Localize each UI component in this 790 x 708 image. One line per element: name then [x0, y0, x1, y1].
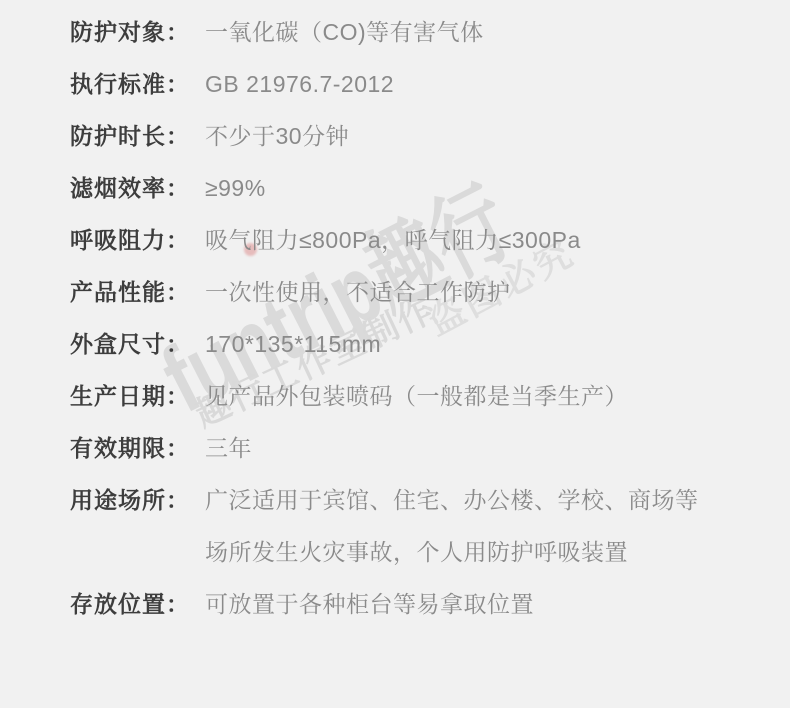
spec-row: 有效期限：三年 — [70, 422, 720, 474]
spec-row: 存放位置：可放置于各种柜台等易拿取位置 — [70, 578, 720, 630]
spec-value: 一次性使用，不适合工作防护 — [205, 266, 720, 318]
spec-value: 三年 — [205, 422, 720, 474]
spec-value: 广泛适用于宾馆、住宅、办公楼、学校、商场等 场所发生火灾事故，个人用防护呼吸装置 — [205, 474, 720, 578]
spec-row: 防护对象：一氧化碳（CO)等有害气体 — [70, 6, 720, 58]
spec-value: 一氧化碳（CO)等有害气体 — [205, 6, 720, 58]
spec-label: 产品性能： — [70, 266, 205, 318]
spec-label: 防护对象： — [70, 6, 205, 58]
spec-label: 外盒尺寸： — [70, 318, 205, 370]
spec-value: 170*135*115mm — [205, 318, 720, 370]
spec-label: 存放位置： — [70, 578, 205, 630]
spec-row: 滤烟效率：≥99% — [70, 162, 720, 214]
spec-label: 生产日期： — [70, 370, 205, 422]
spec-value: 不少于30分钟 — [205, 110, 720, 162]
spec-value: 可放置于各种柜台等易拿取位置 — [205, 578, 720, 630]
spec-label: 用途场所： — [70, 474, 205, 526]
spec-row: 外盒尺寸：170*135*115mm — [70, 318, 720, 370]
spec-row: 执行标准：GB 21976.7-2012 — [70, 58, 720, 110]
spec-value: 吸气阻力≤800Pa，呼气阻力≤300Pa — [205, 214, 720, 266]
spec-label: 呼吸阻力： — [70, 214, 205, 266]
spec-label: 有效期限： — [70, 422, 205, 474]
spec-label: 执行标准： — [70, 58, 205, 110]
spec-value: 见产品外包装喷码（一般都是当季生产） — [205, 370, 720, 422]
spec-row: 防护时长：不少于30分钟 — [70, 110, 720, 162]
spec-row: 生产日期：见产品外包装喷码（一般都是当季生产） — [70, 370, 720, 422]
spec-value: GB 21976.7-2012 — [205, 58, 720, 110]
spec-label: 滤烟效率： — [70, 162, 205, 214]
spec-row: 产品性能：一次性使用，不适合工作防护 — [70, 266, 720, 318]
spec-table: 防护对象：一氧化碳（CO)等有害气体执行标准：GB 21976.7-2012防护… — [70, 6, 720, 630]
spec-row: 呼吸阻力：吸气阻力≤800Pa，呼气阻力≤300Pa — [70, 214, 720, 266]
spec-value: ≥99% — [205, 162, 720, 214]
spec-row: 用途场所：广泛适用于宾馆、住宅、办公楼、学校、商场等 场所发生火灾事故，个人用防… — [70, 474, 720, 578]
spec-label: 防护时长： — [70, 110, 205, 162]
